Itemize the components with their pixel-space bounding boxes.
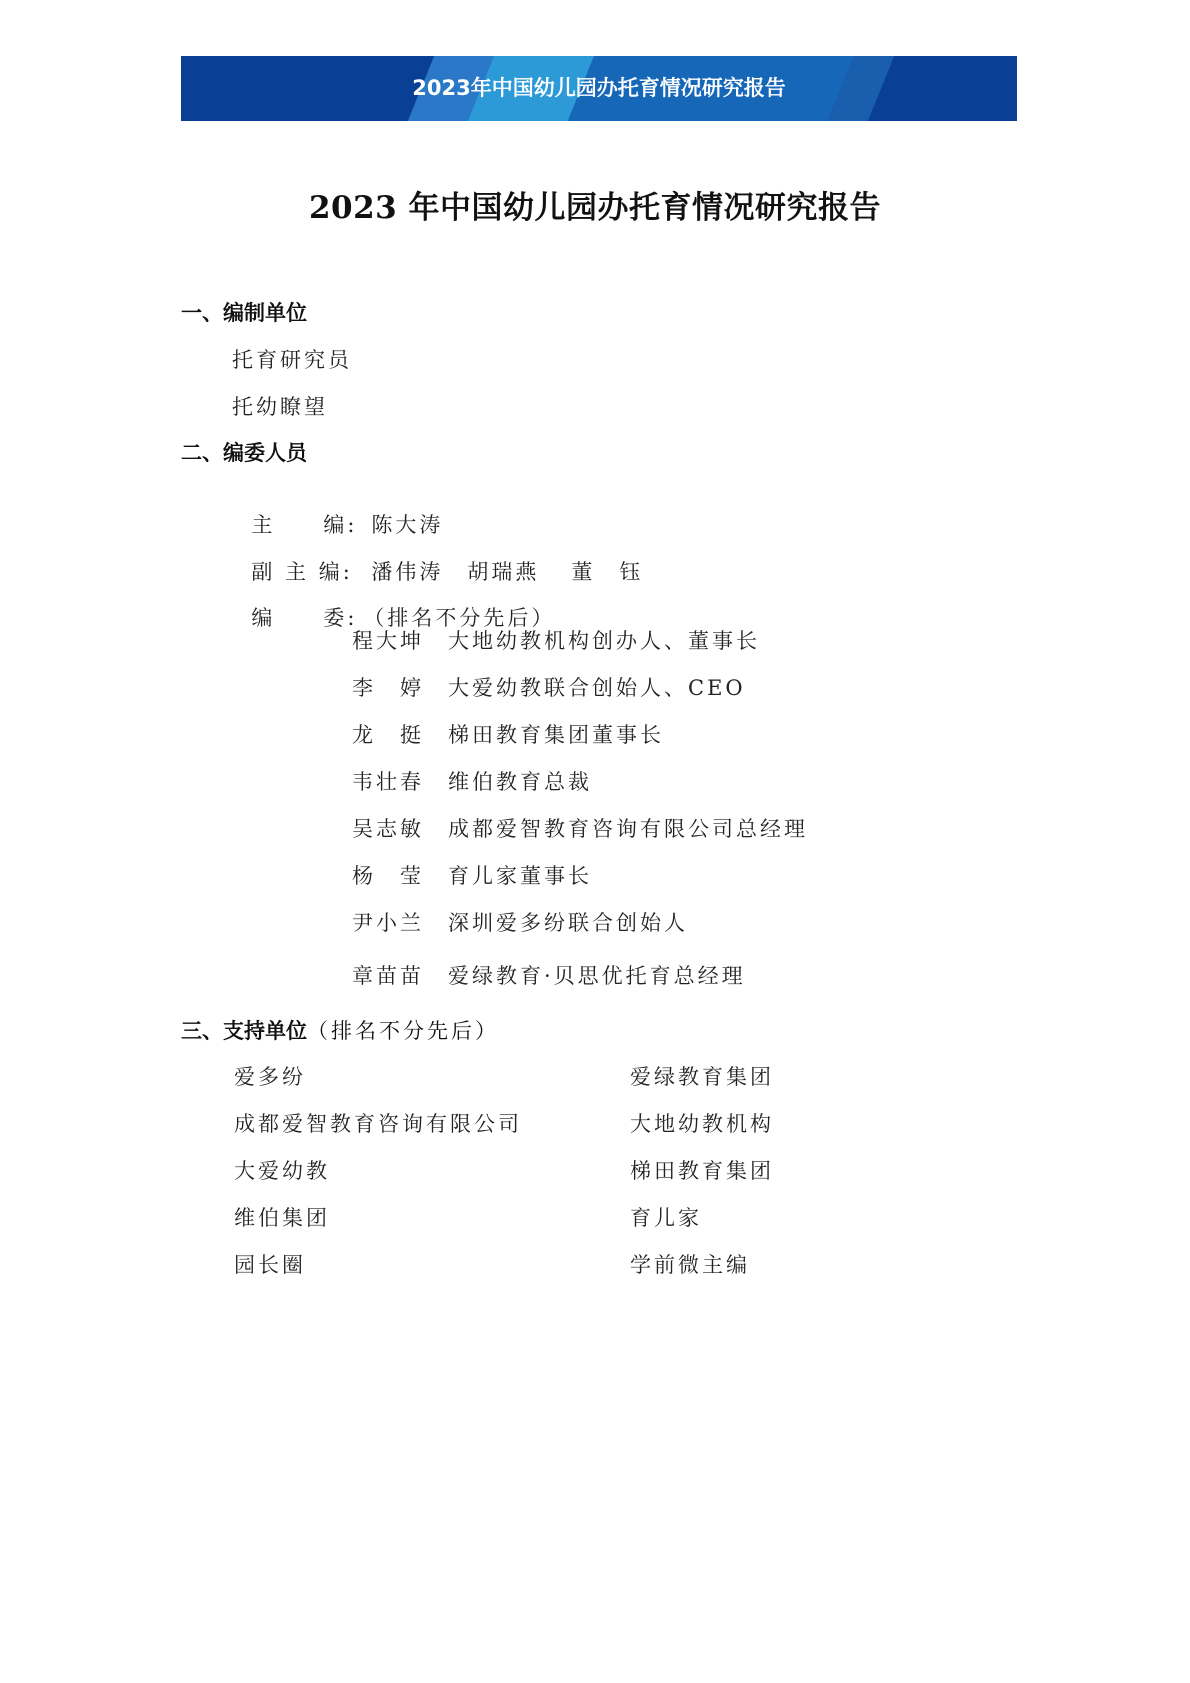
supporter-item: 育儿家 (630, 1202, 702, 1232)
supporter-item: 大爱幼教 (234, 1155, 330, 1185)
supporter-item: 维伯集团 (234, 1202, 330, 1232)
chief-editor-row: 主 编:陈大涛 (232, 485, 443, 539)
member-name: 韦壮春 (352, 766, 448, 796)
section-heading-compiler: 一、编制单位 (181, 297, 307, 327)
board-member: 尹小兰深圳爱多纷联合创始人 (352, 907, 688, 937)
board-member: 程大坤大地幼教机构创办人、董事长 (352, 625, 760, 655)
board-member: 李 婷大爱幼教联合创始人、CEO (352, 672, 746, 702)
member-name: 李 婷 (352, 672, 448, 702)
board-member: 韦壮春维伯教育总裁 (352, 766, 592, 796)
member-role: 成都爱智教育咨询有限公司总经理 (448, 813, 808, 843)
section-heading-editors: 二、编委人员 (181, 437, 307, 467)
member-name: 龙 挺 (352, 719, 448, 749)
supporters-heading-text: 三、支持单位 (181, 1019, 307, 1043)
supporter-item: 大地幼教机构 (630, 1108, 774, 1138)
board-member: 吴志敏成都爱智教育咨询有限公司总经理 (352, 813, 808, 843)
document-title: 2023 年中国幼儿园办托育情况研究报告 (0, 182, 1190, 227)
member-role: 梯田教育集团董事长 (448, 719, 664, 749)
compiler-item: 托幼瞭望 (232, 391, 328, 421)
member-role: 育儿家董事长 (448, 860, 592, 890)
member-role: 维伯教育总裁 (448, 766, 592, 796)
board-member: 杨 莹育儿家董事长 (352, 860, 592, 890)
supporter-item: 爱绿教育集团 (630, 1061, 774, 1091)
banner-title: 2023年中国幼儿园办托育情况研究报告 (181, 56, 1017, 121)
supporter-item: 学前微主编 (630, 1249, 750, 1279)
compiler-item: 托育研究员 (232, 344, 352, 374)
member-name: 杨 莹 (352, 860, 448, 890)
member-role: 大地幼教机构创办人、董事长 (448, 625, 760, 655)
section-heading-supporters: 三、支持单位（排名不分先后） (181, 1015, 499, 1045)
member-name: 尹小兰 (352, 907, 448, 937)
supporters-note: （排名不分先后） (307, 1019, 499, 1043)
member-role: 大爱幼教联合创始人、CEO (448, 672, 746, 702)
board-member: 章苗苗爱绿教育·贝思优托育总经理 (352, 960, 746, 990)
supporter-item: 爱多纷 (234, 1061, 306, 1091)
member-role: 爱绿教育·贝思优托育总经理 (448, 960, 746, 990)
header-banner: 2023年中国幼儿园办托育情况研究报告 (181, 56, 1017, 121)
board-label-row: 编 委:（排名不分先后） (232, 578, 555, 632)
supporter-item: 成都爱智教育咨询有限公司 (234, 1108, 522, 1138)
supporter-item: 园长圈 (234, 1249, 306, 1279)
member-name: 吴志敏 (352, 813, 448, 843)
board-member: 龙 挺梯田教育集团董事长 (352, 719, 664, 749)
member-name: 程大坤 (352, 625, 448, 655)
deputy-editor-name: 董 钰 (571, 560, 643, 584)
board-label: 编 委: (251, 602, 363, 632)
member-name: 章苗苗 (352, 960, 448, 990)
supporter-item: 梯田教育集团 (630, 1155, 774, 1185)
member-role: 深圳爱多纷联合创始人 (448, 907, 688, 937)
